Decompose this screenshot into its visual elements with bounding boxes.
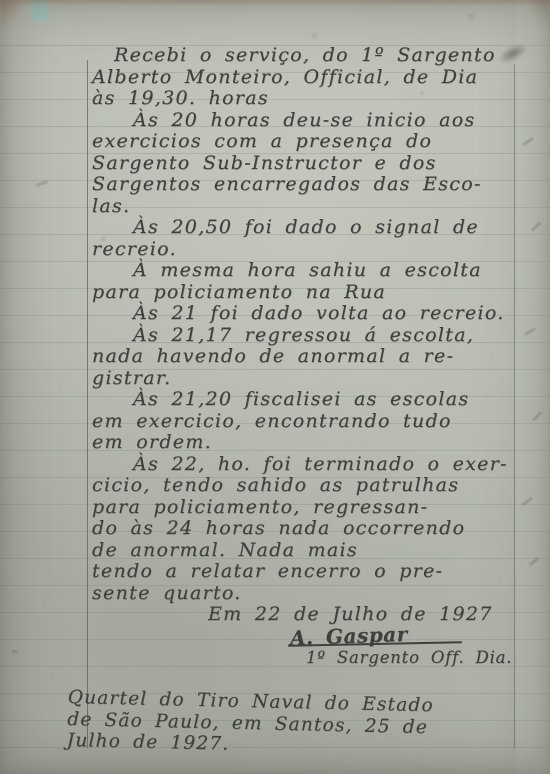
manuscript-line: nada havendo de anormal a re- (92, 346, 518, 368)
manuscript-line: recreio. (92, 239, 518, 261)
manuscript-line: Às 21,20 fiscalisei as escolas (92, 389, 518, 411)
age-spot (466, 12, 476, 21)
manuscript-line: cicio, tendo sahido as patrulhas (92, 475, 518, 497)
manuscript-line: Às 21 foi dado volta ao recreio. (92, 303, 518, 325)
manuscript-line: para policiamento na Rua (92, 282, 518, 304)
signature-row: A. Gaspar (92, 626, 518, 648)
signature-role: 1º Sargento Off. Dia. (92, 647, 518, 669)
manuscript-text-block: Recebi o serviço, do 1º Sargento Alberto… (92, 45, 518, 669)
manuscript-line: Sargentos encarregados das Esco- (92, 174, 518, 196)
date-line: Em 22 de Julho de 1927 (92, 604, 518, 626)
manuscript-line: Às 21,17 regressou á escolta, (92, 325, 518, 347)
manuscript-line: de anormal. Nada mais (92, 540, 518, 562)
manuscript-line: em exercicio, encontrando tudo (92, 411, 518, 433)
manuscript-page: Recebi o serviço, do 1º Sargento Alberto… (0, 0, 550, 774)
ghost-mark (36, 180, 48, 186)
manuscript-line: Sargento Sub-Instructor e dos (92, 153, 518, 175)
manuscript-line: Às 20,50 foi dado o signal de (92, 217, 518, 239)
manuscript-line: para policiamento, regressan- (92, 497, 518, 519)
manuscript-line: Às 22, ho. foi terminado o exer- (92, 454, 518, 476)
ghost-mark (12, 649, 18, 653)
footer-block: Quartel do Tiro Naval do Estado de São P… (67, 688, 498, 762)
manuscript-line: exercicios com a presença do (92, 131, 518, 153)
page-right-edge (516, 0, 550, 774)
manuscript-line: À mesma hora sahiu a escolta (92, 260, 518, 282)
manuscript-line: gistrar. (92, 368, 518, 390)
age-spot (310, 32, 319, 40)
manuscript-line: em ordem. (92, 432, 518, 454)
manuscript-line: Às 20 horas deu-se inicio aos (92, 110, 518, 132)
manuscript-line: sente quarto. (92, 583, 518, 605)
manuscript-line: do às 24 horas nada occorrendo (92, 518, 518, 540)
manuscript-line: las. (92, 196, 518, 218)
manuscript-line: às 19,30. horas (92, 88, 518, 110)
left-margin-line (87, 60, 88, 748)
manuscript-line: tendo a relatar encerro o pre- (92, 561, 518, 583)
manuscript-line: Recebi o serviço, do 1º Sargento (92, 45, 518, 67)
manuscript-line: Alberto Monteiro, Official, de Dia (92, 67, 518, 89)
top-edge-tint (0, 0, 550, 6)
